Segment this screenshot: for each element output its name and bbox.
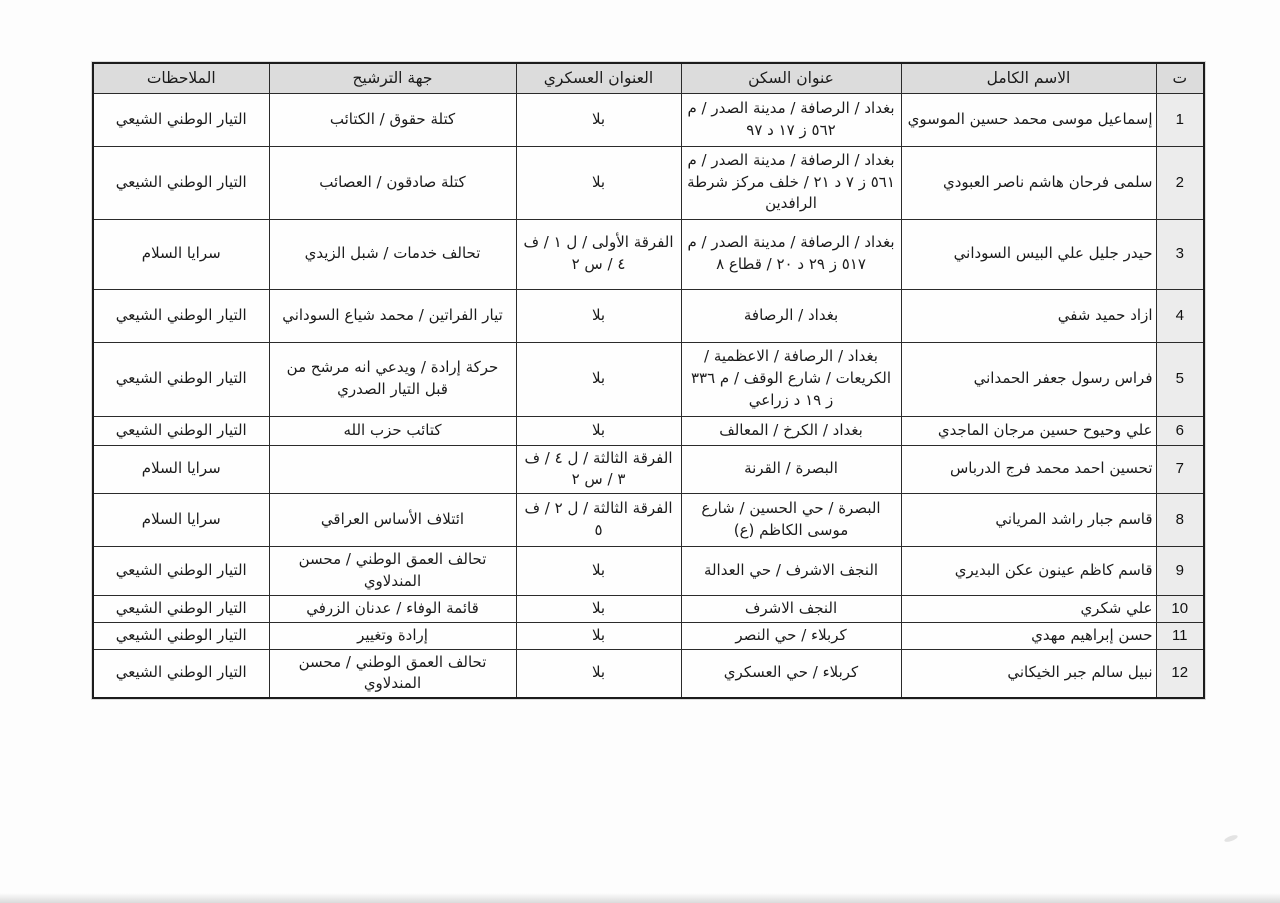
cell-notes: التيار الوطني الشيعي — [93, 649, 269, 698]
table-row: 10 علي شكري النجف الاشرف بلا قائمة الوفا… — [93, 595, 1204, 622]
cell-military-address: الفرقة الثالثة / ل ٢ / ف ٥ — [516, 494, 681, 547]
table-row: 1 إسماعيل موسى محمد حسين الموسوي بغداد /… — [93, 93, 1204, 146]
cell-nominating-entity: قائمة الوفاء / عدنان الزرفي — [269, 595, 516, 622]
cell-nominating-entity: كتائب حزب الله — [269, 416, 516, 445]
table-row: 2 سلمى فرحان هاشم ناصر العبودي بغداد / ا… — [93, 146, 1204, 219]
cell-seq: 6 — [1156, 416, 1204, 445]
cell-military-address: الفرقة الثالثة / ل ٤ / ف ٣ / س ٢ — [516, 445, 681, 494]
cell-residence: بغداد / الرصافة / الاعظمية / الكريعات / … — [681, 342, 901, 416]
cell-notes: التيار الوطني الشيعي — [93, 547, 269, 596]
col-header-military-address: العنوان العسكري — [516, 63, 681, 93]
col-header-residence: عنوان السكن — [681, 63, 901, 93]
roster-table: ت الاسم الكامل عنوان السكن العنوان العسك… — [92, 62, 1205, 699]
cell-notes: التيار الوطني الشيعي — [93, 289, 269, 342]
cell-residence: كربلاء / حي العسكري — [681, 649, 901, 698]
cell-nominating-entity — [269, 445, 516, 494]
cell-full-name: علي شكري — [901, 595, 1156, 622]
cell-nominating-entity: كتلة حقوق / الكتائب — [269, 93, 516, 146]
table-row: 12 نبيل سالم جبر الخيكاني كربلاء / حي ال… — [93, 649, 1204, 698]
cell-military-address: الفرقة الأولى / ل ١ / ف ٤ / س ٢ — [516, 219, 681, 289]
cell-residence: بغداد / الكرخ / المعالف — [681, 416, 901, 445]
cell-residence: بغداد / الرصافة / مدينة الصدر / م ٥٦٢ ز … — [681, 93, 901, 146]
cell-notes: سرايا السلام — [93, 494, 269, 547]
cell-full-name: علي وحيوح حسين مرجان الماجدي — [901, 416, 1156, 445]
cell-military-address: بلا — [516, 622, 681, 649]
table-row: 7 تحسين احمد محمد فرج الدرباس البصرة / ا… — [93, 445, 1204, 494]
cell-seq: 11 — [1156, 622, 1204, 649]
col-header-full-name: الاسم الكامل — [901, 63, 1156, 93]
cell-full-name: حسن إبراهيم مهدي — [901, 622, 1156, 649]
table-row: 4 ازاد حميد شفي بغداد / الرصافة بلا تيار… — [93, 289, 1204, 342]
cell-military-address: بلا — [516, 93, 681, 146]
cell-residence: النجف الاشرف — [681, 595, 901, 622]
cell-seq: 9 — [1156, 547, 1204, 596]
cell-residence: بغداد / الرصافة / مدينة الصدر / م ٥٦١ ز … — [681, 146, 901, 219]
cell-residence: كربلاء / حي النصر — [681, 622, 901, 649]
cell-seq: 2 — [1156, 146, 1204, 219]
col-header-nominating-entity: جهة الترشيح — [269, 63, 516, 93]
scan-bottom-edge — [0, 893, 1280, 903]
cell-nominating-entity: حركة إرادة / ويدعي انه مرشح من قبل التيا… — [269, 342, 516, 416]
cell-nominating-entity: ائتلاف الأساس العراقي — [269, 494, 516, 547]
cell-seq: 8 — [1156, 494, 1204, 547]
table-row: 8 قاسم جبار راشد المرياني البصرة / حي ال… — [93, 494, 1204, 547]
cell-notes: التيار الوطني الشيعي — [93, 622, 269, 649]
cell-full-name: تحسين احمد محمد فرج الدرباس — [901, 445, 1156, 494]
cell-notes: التيار الوطني الشيعي — [93, 146, 269, 219]
table-row: 9 قاسم كاظم عينون عكن البديري النجف الاش… — [93, 547, 1204, 596]
cell-notes: التيار الوطني الشيعي — [93, 342, 269, 416]
cell-nominating-entity: إرادة وتغيير — [269, 622, 516, 649]
cell-notes: التيار الوطني الشيعي — [93, 93, 269, 146]
cell-nominating-entity: تحالف العمق الوطني / محسن المندلاوي — [269, 547, 516, 596]
cell-nominating-entity: تيار الفراتين / محمد شياع السوداني — [269, 289, 516, 342]
cell-military-address: بلا — [516, 289, 681, 342]
cell-full-name: قاسم جبار راشد المرياني — [901, 494, 1156, 547]
roster-body: 1 إسماعيل موسى محمد حسين الموسوي بغداد /… — [93, 93, 1204, 698]
cell-full-name: ازاد حميد شفي — [901, 289, 1156, 342]
cell-military-address: بلا — [516, 595, 681, 622]
cell-seq: 12 — [1156, 649, 1204, 698]
cell-notes: سرايا السلام — [93, 445, 269, 494]
table-row: 3 حيدر جليل علي البيس السوداني بغداد / ا… — [93, 219, 1204, 289]
cell-nominating-entity: تحالف العمق الوطني / محسن المندلاوي — [269, 649, 516, 698]
cell-residence: البصرة / القرنة — [681, 445, 901, 494]
cell-notes: التيار الوطني الشيعي — [93, 595, 269, 622]
col-header-notes: الملاحظات — [93, 63, 269, 93]
cell-full-name: إسماعيل موسى محمد حسين الموسوي — [901, 93, 1156, 146]
scan-smudge-artifact — [1224, 834, 1239, 843]
cell-military-address: بلا — [516, 649, 681, 698]
cell-residence: النجف الاشرف / حي العدالة — [681, 547, 901, 596]
table-row: 5 فراس رسول جعفر الحمداني بغداد / الرصاف… — [93, 342, 1204, 416]
cell-seq: 1 — [1156, 93, 1204, 146]
cell-seq: 3 — [1156, 219, 1204, 289]
cell-full-name: حيدر جليل علي البيس السوداني — [901, 219, 1156, 289]
table-row: 6 علي وحيوح حسين مرجان الماجدي بغداد / ا… — [93, 416, 1204, 445]
cell-full-name: فراس رسول جعفر الحمداني — [901, 342, 1156, 416]
cell-full-name: نبيل سالم جبر الخيكاني — [901, 649, 1156, 698]
cell-nominating-entity: تحالف خدمات / شبل الزيدي — [269, 219, 516, 289]
cell-military-address: بلا — [516, 416, 681, 445]
cell-full-name: قاسم كاظم عينون عكن البديري — [901, 547, 1156, 596]
cell-seq: 7 — [1156, 445, 1204, 494]
cell-military-address: بلا — [516, 547, 681, 596]
cell-military-address: بلا — [516, 146, 681, 219]
cell-seq: 5 — [1156, 342, 1204, 416]
cell-military-address: بلا — [516, 342, 681, 416]
cell-seq: 10 — [1156, 595, 1204, 622]
cell-seq: 4 — [1156, 289, 1204, 342]
table-header-row: ت الاسم الكامل عنوان السكن العنوان العسك… — [93, 63, 1204, 93]
cell-nominating-entity: كتلة صادقون / العصائب — [269, 146, 516, 219]
cell-notes: التيار الوطني الشيعي — [93, 416, 269, 445]
col-header-seq: ت — [1156, 63, 1204, 93]
scanned-document-page: ت الاسم الكامل عنوان السكن العنوان العسك… — [0, 0, 1280, 903]
cell-residence: البصرة / حي الحسين / شارع موسى الكاظم (ع… — [681, 494, 901, 547]
table-row: 11 حسن إبراهيم مهدي كربلاء / حي النصر بل… — [93, 622, 1204, 649]
cell-full-name: سلمى فرحان هاشم ناصر العبودي — [901, 146, 1156, 219]
cell-residence: بغداد / الرصافة — [681, 289, 901, 342]
cell-notes: سرايا السلام — [93, 219, 269, 289]
cell-residence: بغداد / الرصافة / مدينة الصدر / م ٥١٧ ز … — [681, 219, 901, 289]
